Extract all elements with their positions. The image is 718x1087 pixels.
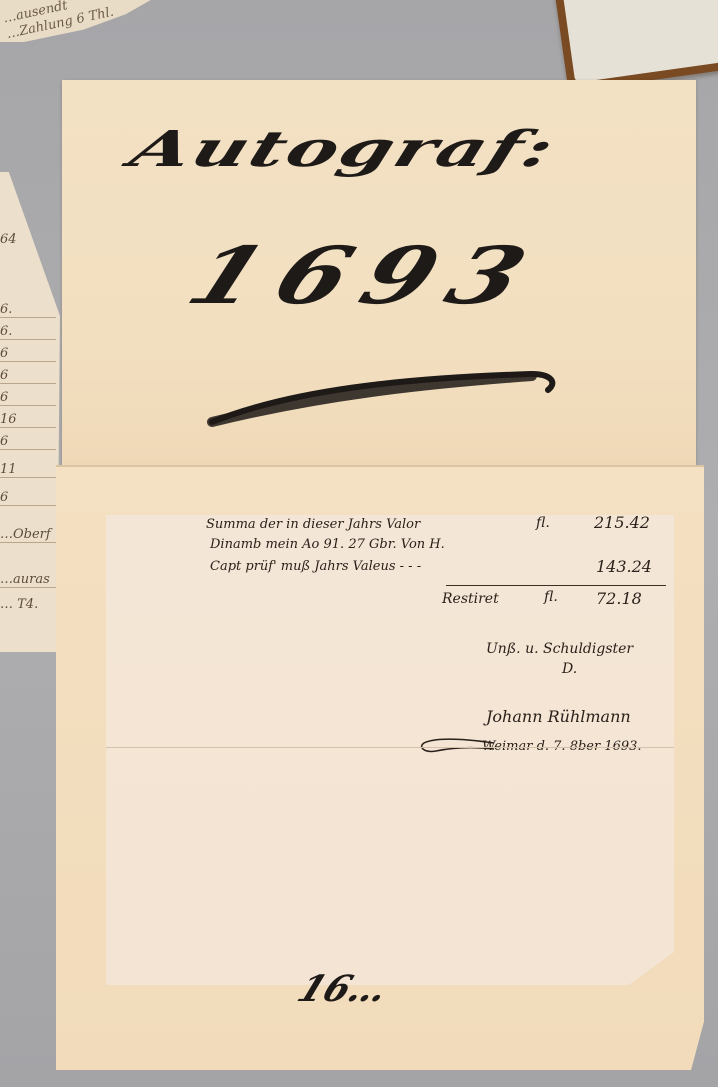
- ledger-entry: 16: [0, 412, 56, 428]
- ledger-entry: 6.: [0, 324, 56, 340]
- currency-mark: fl.: [536, 515, 550, 531]
- folder-title: Autograf:: [123, 120, 563, 178]
- ledger-entry: 6: [0, 490, 56, 506]
- amount-total: 215.42: [594, 513, 650, 532]
- amount-balance: 72.18: [596, 589, 642, 608]
- ledger-entry: 6: [0, 434, 56, 450]
- ledger-entry: …auras: [0, 572, 56, 588]
- folder-cover-flap: Autograf: 1693: [62, 80, 696, 470]
- letter-fold-crease: [106, 747, 674, 748]
- letter-line-1: Summa der in dieser Jahrs Valor: [206, 517, 420, 532]
- ledger-entry: 6: [0, 390, 56, 406]
- folder-bottom-ink: 16…: [292, 968, 395, 1010]
- ledger-entry: 6.: [0, 302, 56, 318]
- letter-line-3: Capt prüf' muß Jahrs Valeus - - -: [210, 559, 421, 574]
- ledger-entry: 6: [0, 346, 56, 362]
- underline-flourish-icon: [202, 360, 562, 430]
- closing-phrase: Unß. u. Schuldigster: [486, 641, 633, 657]
- amount-deduction: 143.24: [596, 557, 652, 576]
- folder-year: 1693: [175, 230, 557, 322]
- fold-crease: [56, 465, 704, 467]
- balance-label: Restiret: [442, 591, 499, 607]
- ledger-entry: 11: [0, 462, 56, 478]
- currency-mark: fl.: [544, 589, 558, 605]
- ledger-entry: 6: [0, 368, 56, 384]
- receipt-letter: Summa der in dieser Jahrs Valor fl. 215.…: [106, 515, 674, 985]
- signature: Johann Rühlmann: [486, 707, 631, 726]
- ledger-entry: …Oberf: [0, 527, 56, 543]
- closing-mark: D.: [562, 661, 577, 677]
- ledger-entry: … T4.: [0, 597, 56, 612]
- sum-rule: [446, 585, 666, 586]
- letter-line-2: Dinamb mein Ao 91. 27 Gbr. Von H.: [210, 537, 445, 552]
